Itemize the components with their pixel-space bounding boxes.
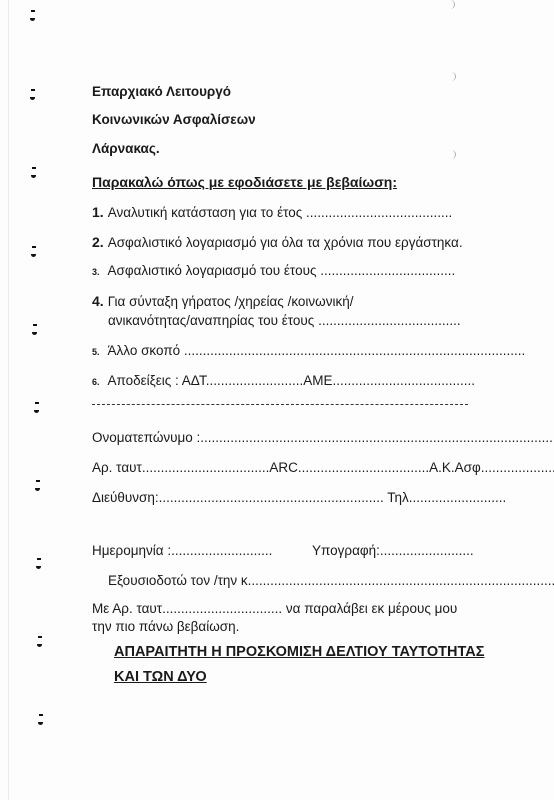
item-number: 2. <box>92 234 104 250</box>
id-required-notice-line-1: ΑΠΑΡΑΙΤΗΤΗ Η ΠΡΟΣΚΟΜΙΣΗ ΔΕΛΤΙΟΥ ΤΑΥΤΟΤΗΤ… <box>114 644 484 660</box>
binder-hole-mark <box>31 246 37 257</box>
full-name-field[interactable]: Ονοματεπώνυμο :.........................… <box>92 430 554 445</box>
authorization-continued: την πιο πάνω βεβαίωση. <box>92 619 239 634</box>
item-text: Για σύνταξη γήρατος /χηρείας /κοινωνική/ <box>108 294 354 309</box>
addressee-line-3: Λάρνακας. <box>92 141 160 156</box>
binder-hole-mark <box>31 167 37 178</box>
addressee-line-1: Επαρχιακό Λειτουργό <box>92 84 231 99</box>
binder-hole-mark <box>30 10 36 21</box>
item-text: Ασφαλιστικό λογαριασμό για όλα τα χρόνια… <box>108 235 463 250</box>
request-item-4[interactable]: 4.Για σύνταξη γήρατος /χηρείας /κοινωνικ… <box>92 293 353 309</box>
item-number: 6. <box>92 377 100 387</box>
scanned-form-page: Επαρχιακό Λειτουργό Κοινωνικών Ασφαλίσεω… <box>0 0 554 800</box>
binder-hole-mark <box>34 402 40 413</box>
request-item-2[interactable]: 2.Ασφαλιστικό λογαριασμό για όλα τα χρόν… <box>92 234 463 250</box>
request-item-3[interactable]: 3.Ασφαλιστικό λογαριασμό του έτους .....… <box>92 263 455 278</box>
binder-hole-mark <box>30 89 36 100</box>
binder-hole-mark <box>38 714 44 725</box>
item-text: Άλλο σκοπό .............................… <box>108 343 526 358</box>
item-text: Αποδείξεις : ΑΔΤ........................… <box>108 373 476 388</box>
scan-mark <box>449 0 455 9</box>
request-item-6[interactable]: 6.Αποδείξεις : ΑΔΤ......................… <box>92 373 475 388</box>
addressee-line-2: Κοινωνικών Ασφαλίσεων <box>92 112 256 127</box>
binder-hole-mark <box>37 636 43 647</box>
request-item-1[interactable]: 1.Αναλυτική κατάσταση για το έτος ......… <box>92 204 452 220</box>
request-heading: Παρακαλώ όπως με εφοδιάσετε με βεβαίωση: <box>92 174 397 190</box>
address-phone-field[interactable]: Διεύθυνση:..............................… <box>92 490 506 505</box>
date-field[interactable]: Ημερομηνία :........................... <box>92 543 272 558</box>
scan-mark <box>450 150 456 159</box>
authorization-field[interactable]: Εξουσιοδοτώ τον /την κ..................… <box>108 573 554 588</box>
id-arc-insurance-field[interactable]: Αρ. ταυτ................................… <box>92 460 554 475</box>
request-item-5[interactable]: 5.Άλλο σκοπό ...........................… <box>92 343 525 358</box>
item-number: 1. <box>92 204 104 220</box>
id-required-notice-line-2: ΚΑΙ ΤΩΝ ΔΥΟ <box>114 669 207 685</box>
authorized-id-field[interactable]: Με Αρ. ταυτ.............................… <box>92 601 457 616</box>
scan-mark <box>450 72 456 81</box>
item-number: 5. <box>92 347 100 357</box>
binder-hole-mark <box>35 480 41 491</box>
section-divider <box>92 404 468 405</box>
item-number: 4. <box>92 293 104 309</box>
signature-field[interactable]: Υπογραφή:......................... <box>312 543 474 558</box>
binder-hole-mark <box>32 324 38 335</box>
item-number: 3. <box>92 267 100 277</box>
page-edge <box>8 0 9 800</box>
item-text: Αναλυτική κατάσταση για το έτος ........… <box>108 205 453 220</box>
binder-hole-mark <box>36 558 42 569</box>
item-text: Ασφαλιστικό λογαριασμό του έτους .......… <box>108 263 456 278</box>
request-item-4-continued: ανικανότητας/αναπηρίας του έτους .......… <box>108 313 461 328</box>
